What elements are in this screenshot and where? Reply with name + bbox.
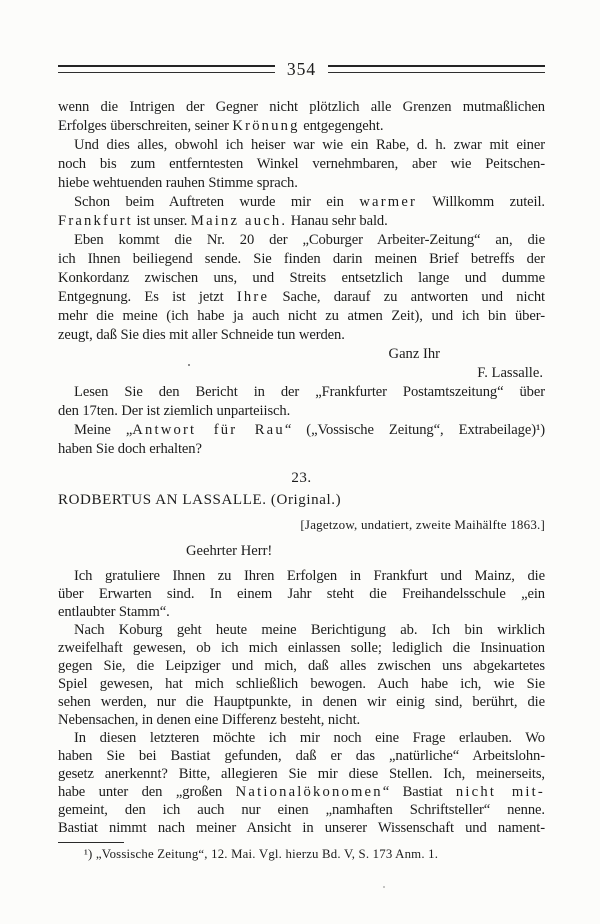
- text-line: wenn die Intrigen der Gegner nicht plötz…: [58, 98, 545, 117]
- text-line: In diesen letzteren möchte ich mir noch …: [58, 729, 545, 747]
- book-page: 354 wenn die Intrigen der Gegner nicht p…: [0, 0, 600, 924]
- text-line: mehr die meine (ich habe ja auch nicht z…: [58, 307, 545, 326]
- text-line: habe unter den „großen Nationalökonomen“…: [58, 783, 545, 801]
- text-line: hiebe wehtuenden rauhen Stimme sprach.: [58, 174, 545, 193]
- letterspaced-text: Frankfurt: [58, 213, 133, 229]
- text-line: gemeint, den ich auch nur einen „namhaft…: [58, 801, 545, 819]
- header-rule-right: [328, 65, 545, 73]
- paragraph: Meine „Antwort für Rau“ („Vossische Zeit…: [58, 421, 545, 459]
- letter-23: 23. RODBERTUS AN LASSALLE. (Original.) […: [58, 469, 545, 837]
- letterspaced-text: Nationalökonomen: [236, 784, 383, 800]
- letterspaced-text: Krönung: [232, 118, 299, 134]
- scan-speck: [383, 886, 385, 888]
- signature: F. Lassalle.: [58, 364, 545, 383]
- paragraph: Lesen Sie den Bericht in der „Frankfurte…: [58, 383, 545, 421]
- text-line: Erfolges überschreiten, seiner Krönung e…: [58, 117, 545, 136]
- paragraph: In diesen letzteren möchte ich mir noch …: [58, 729, 545, 837]
- text-line: Nebensachen, in denen eine Differenz bes…: [58, 711, 545, 729]
- paragraph: Eben kommt die Nr. 20 der „Coburger Arbe…: [58, 231, 545, 345]
- letter-heading: RODBERTUS AN LASSALLE. (Original.): [58, 491, 545, 510]
- text-line: Meine „Antwort für Rau“ („Vossische Zeit…: [58, 421, 545, 440]
- text-line: sehen werden, nur die Hauptpunkte, in de…: [58, 693, 545, 711]
- text-line: Eben kommt die Nr. 20 der „Coburger Arbe…: [58, 231, 545, 250]
- text-line: Bastiat nimmt nach meiner Ansicht in uns…: [58, 819, 545, 837]
- text-line: Ich gratuliere Ihnen zu Ihren Erfolgen i…: [58, 567, 545, 585]
- footnote: ¹) „Vossische Zeitung“, 12. Mai. Vgl. hi…: [58, 846, 545, 862]
- text-line: noch bis zum entferntesten Winkel verneh…: [58, 155, 545, 174]
- text-line: den 17ten. Der ist ziemlich unparteiisch…: [58, 402, 545, 421]
- letterspaced-text: nicht mit-: [456, 784, 545, 800]
- letterspaced-text: Ihre: [237, 289, 269, 305]
- text-line: Entgegnung. Es ist jetzt Ihre Sache, dar…: [58, 288, 545, 307]
- text-line: haben Sie doch erhalten?: [58, 440, 545, 459]
- page-number: 354: [275, 58, 328, 80]
- dateline: [Jagetzow, undatiert, zweite Maihälfte 1…: [58, 516, 545, 533]
- text-line: gesetz anerkennt? Bitte, allegieren Sie …: [58, 765, 545, 783]
- letterspaced-text: warmer: [359, 194, 417, 210]
- text-line: Lesen Sie den Bericht in der „Frankfurte…: [58, 383, 545, 402]
- paragraph: Und dies alles, obwohl ich heiser war wi…: [58, 136, 545, 193]
- scan-speck: [188, 364, 190, 366]
- paragraph: Ich gratuliere Ihnen zu Ihren Erfolgen i…: [58, 567, 545, 621]
- letter-22-continuation: wenn die Intrigen der Gegner nicht plötz…: [58, 98, 545, 459]
- text-line: Konkordanz zwischen uns, und Streits ent…: [58, 269, 545, 288]
- salutation: Geehrter Herr!: [58, 542, 545, 561]
- text-line: entlaubter Stamm“.: [58, 603, 545, 621]
- text-line: Spiel gewesen, hat mich schließlich bewo…: [58, 675, 545, 693]
- letterspaced-text: Mainz auch.: [191, 213, 287, 229]
- letterspaced-text: Antwort für Rau: [132, 422, 285, 438]
- header-rule-left: [58, 65, 275, 73]
- text-line: gegen Sie, die Leipziger und mich, daß a…: [58, 657, 545, 675]
- footnote-separator-rule: [58, 842, 124, 843]
- paragraph: wenn die Intrigen der Gegner nicht plötz…: [58, 98, 545, 136]
- paragraph: Schon beim Auftreten wurde mir ein warme…: [58, 193, 545, 231]
- text-line: Frankfurt ist unser. Mainz auch. Hanau s…: [58, 212, 545, 231]
- running-head: 354: [58, 58, 545, 80]
- text-line: Schon beim Auftreten wurde mir ein warme…: [58, 193, 545, 212]
- text-line: ich Ihnen beiliegend sende. Sie finden d…: [58, 250, 545, 269]
- text-line: zweifelhaft gewesen, ob ich mich einlass…: [58, 639, 545, 657]
- letter-23-body: Ich gratuliere Ihnen zu Ihren Erfolgen i…: [58, 567, 545, 837]
- text-line: Und dies alles, obwohl ich heiser war wi…: [58, 136, 545, 155]
- text-line: über Erwarten sind. In einem Jahr steht …: [58, 585, 545, 603]
- text-line: Nach Koburg geht heute meine Berichtigun…: [58, 621, 545, 639]
- text-line: zeugt, daß Sie dies mit aller Schneide t…: [58, 326, 545, 345]
- paragraph: Nach Koburg geht heute meine Berichtigun…: [58, 621, 545, 729]
- letter-number: 23.: [58, 469, 545, 488]
- valediction: Ganz Ihr: [58, 345, 545, 364]
- text-line: haben Sie bei Bastiat gefunden, daß er d…: [58, 747, 545, 765]
